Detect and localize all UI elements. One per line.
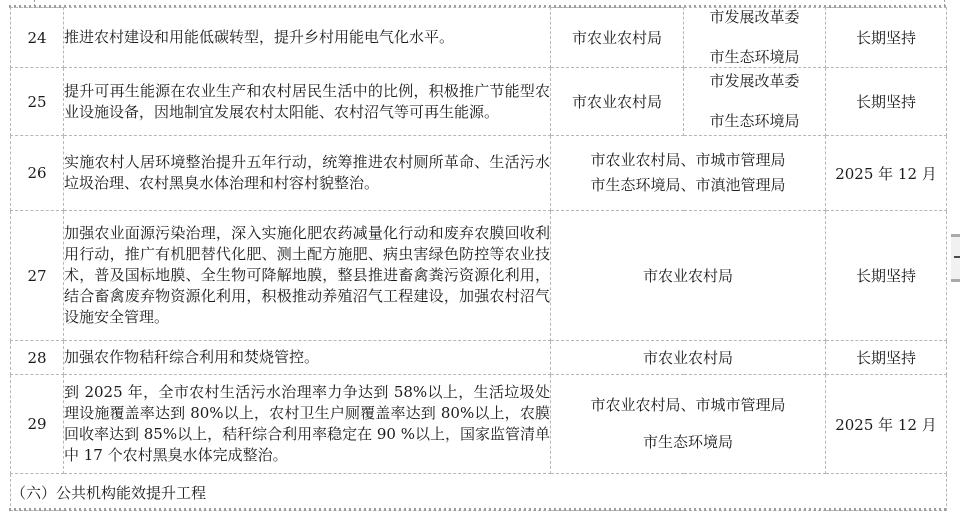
merged-dept-cell[interactable]: 市农业农村局: [551, 341, 826, 375]
dept-line: 市发展改革委: [709, 9, 799, 26]
responsible-dept-cell[interactable]: 市农业农村局: [551, 8, 684, 68]
row-number-cell[interactable]: 26: [11, 136, 64, 211]
responsible-dept-cell[interactable]: 市农业农村局: [551, 68, 684, 136]
merged-dept-cell[interactable]: 市农业农村局: [551, 211, 826, 341]
row-number-cell[interactable]: 27: [11, 211, 64, 341]
row-number-cell[interactable]: 28: [11, 341, 64, 375]
deadline-cell[interactable]: 长期坚持: [826, 68, 947, 136]
task-cell[interactable]: 推进农村建设和用能低碳转型，提升乡村用能电气化水平。: [64, 8, 551, 68]
table-row: 26 实施农村人居环境整治提升五年行动，统筹推进农村厕所革命、生活污水垃圾治理、…: [11, 136, 947, 211]
table-row: 24 推进农村建设和用能低碳转型，提升乡村用能电气化水平。 市农业农村局 市发展…: [11, 8, 947, 68]
task-cell[interactable]: 实施农村人居环境整治提升五年行动，统筹推进农村厕所革命、生活污水垃圾治理、农村黑…: [64, 136, 551, 211]
dept-line: 市农业农村局、市城市管理局: [590, 397, 785, 414]
table-row: （六）公共机构能效提升工程: [11, 474, 947, 511]
deadline-cell[interactable]: 长期坚持: [826, 8, 947, 68]
table-gridline-remnant: [944, 0, 945, 6]
deadline-cell[interactable]: 长期坚持: [826, 341, 947, 375]
row-number-cell[interactable]: 25: [11, 68, 64, 136]
merged-dept-cell[interactable]: 市农业农村局、市城市管理局 市生态环境局: [551, 375, 826, 474]
cooperating-dept-cell[interactable]: 市发展改革委 市生态环境局: [684, 8, 826, 68]
dept-line: 市生态环境局: [643, 434, 733, 451]
scrollbar-grip-icon: [954, 256, 960, 258]
dept-line: 市生态环境局: [709, 113, 799, 130]
task-cell[interactable]: 提升可再生能源在农业生产和农村居民生活中的比例，积极推广节能型农业设施设备，因地…: [64, 68, 551, 136]
deadline-cell[interactable]: 2025 年 12 月: [826, 375, 947, 474]
cooperating-dept-cell[interactable]: 市发展改革委 市生态环境局: [684, 68, 826, 136]
row-number-cell[interactable]: 24: [11, 8, 64, 68]
deadline-cell[interactable]: 2025 年 12 月: [826, 136, 947, 211]
vertical-scrollbar-thumb[interactable]: [951, 234, 960, 282]
section-header-cell[interactable]: （六）公共机构能效提升工程: [11, 474, 947, 511]
dept-line: 市农业农村局、市城市管理局: [590, 152, 785, 169]
row-number-cell[interactable]: 29: [11, 375, 64, 474]
merged-dept-cell[interactable]: 市农业农村局、市城市管理局 市生态环境局、市滇池管理局: [551, 136, 826, 211]
table-row: 25 提升可再生能源在农业生产和农村居民生活中的比例，积极推广节能型农业设施设备…: [11, 68, 947, 136]
table-row: 29 到 2025 年，全市农村生活污水治理率力争达到 58%以上，生活垃圾处理…: [11, 375, 947, 474]
task-cell[interactable]: 加强农业面源污染治理，深入实施化肥农药减量化行动和废弃农膜回收利用行动，推广有机…: [64, 211, 551, 341]
dept-line: 市生态环境局: [709, 49, 799, 66]
deadline-cell[interactable]: 长期坚持: [826, 211, 947, 341]
table-row: 28 加强农作物秸秆综合利用和焚烧管控。 市农业农村局 长期坚持: [11, 341, 947, 375]
table-outer-bottom-border: [9, 508, 947, 511]
document-task-table: 24 推进农村建设和用能低碳转型，提升乡村用能电气化水平。 市农业农村局 市发展…: [10, 7, 947, 511]
dept-line: 市发展改革委: [709, 73, 799, 90]
dept-line-stack: 市农业农村局、市城市管理局 市生态环境局、市滇池管理局: [551, 152, 825, 194]
table-row: 27 加强农业面源污染治理，深入实施化肥农药减量化行动和废弃农膜回收利用行动，推…: [11, 211, 947, 341]
dept-line-stack: 市发展改革委 市生态环境局: [684, 9, 825, 66]
task-cell[interactable]: 加强农作物秸秆综合利用和焚烧管控。: [64, 341, 551, 375]
dept-line-stack: 市农业农村局、市城市管理局 市生态环境局: [551, 397, 825, 451]
dept-line: 市生态环境局、市滇池管理局: [590, 177, 785, 194]
task-cell[interactable]: 到 2025 年，全市农村生活污水治理率力争达到 58%以上，生活垃圾处理设施覆…: [64, 375, 551, 474]
dept-line-stack: 市发展改革委 市生态环境局: [684, 73, 825, 130]
table-gridline-remnant: [34, 0, 35, 6]
